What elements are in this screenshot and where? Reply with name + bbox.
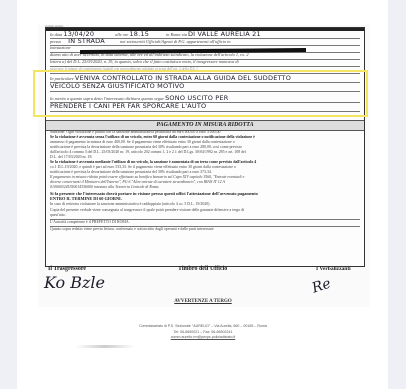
address-line-1: Commissariato di P.S. Sezionale "AURELIO…: [0, 324, 406, 328]
body-line-5: lettera a) del D.L. 25/03/2020, n. 19, i…: [50, 59, 360, 65]
body-text: lettera a) del D.L. 25/03/2020, n. 19, i…: [50, 59, 239, 64]
verbale-form: In data 13/04/20 alle ore 18.15 in Roma …: [45, 27, 365, 267]
in-data-label: In data: [50, 32, 62, 37]
time-value: 18.15: [129, 31, 149, 38]
presso-label: presso: [50, 39, 61, 44]
verbalizzante-label: I Verbalizzanti: [316, 266, 351, 272]
payment-p14: In caso di reiterata violazione la sanzi…: [50, 202, 360, 207]
payment-p18: Quanto sopra redatto viene previa lettur…: [50, 227, 360, 232]
trasgressore-label: Il Trasgressore: [48, 266, 86, 272]
timbro-label: Timbro dell'Ufficio: [178, 266, 227, 272]
payment-p11: 0100003245350014356000 intestato alla Te…: [50, 185, 360, 190]
date-line: In data 13/04/20 alle ore 18.15 in Roma …: [50, 31, 360, 38]
payment-p17: L'Autorità competente è il PREFETTO DI R…: [50, 220, 360, 225]
yellow-highlight-box: [33, 70, 368, 117]
email-link[interactable]: comm.aurelio.rm@pecps.poliziadistato.it: [0, 335, 406, 339]
presso-suffix: noi sottoscritti Ufficiali/Agenti di P.G…: [120, 39, 231, 44]
avvertenze-heading: AVVERTENZE A TERGO: [0, 299, 406, 304]
via-label: in Roma via: [166, 32, 187, 37]
alle-ore-label: alle ore: [115, 32, 128, 37]
payment-p13: ENTRO IL TERMINE DI 60 GIORNI.: [50, 196, 360, 201]
via-value: DI VALLE AURELIA 21: [188, 31, 261, 38]
presso-line: presso IN STRADA noi sottoscritti Uffici…: [50, 38, 360, 45]
scan-smudge: [75, 345, 135, 348]
trasgressore-signature: Ko Bzle: [44, 273, 105, 292]
address-line-2: Tel: 06-6650021 – Fax: 06-66502241: [0, 330, 406, 334]
date-value: 13/04/20: [63, 31, 94, 38]
presso-value: IN STRADA: [68, 38, 105, 45]
intestazione-label: intestazione: [50, 45, 71, 50]
payment-p16: quest'atto.: [50, 213, 360, 218]
